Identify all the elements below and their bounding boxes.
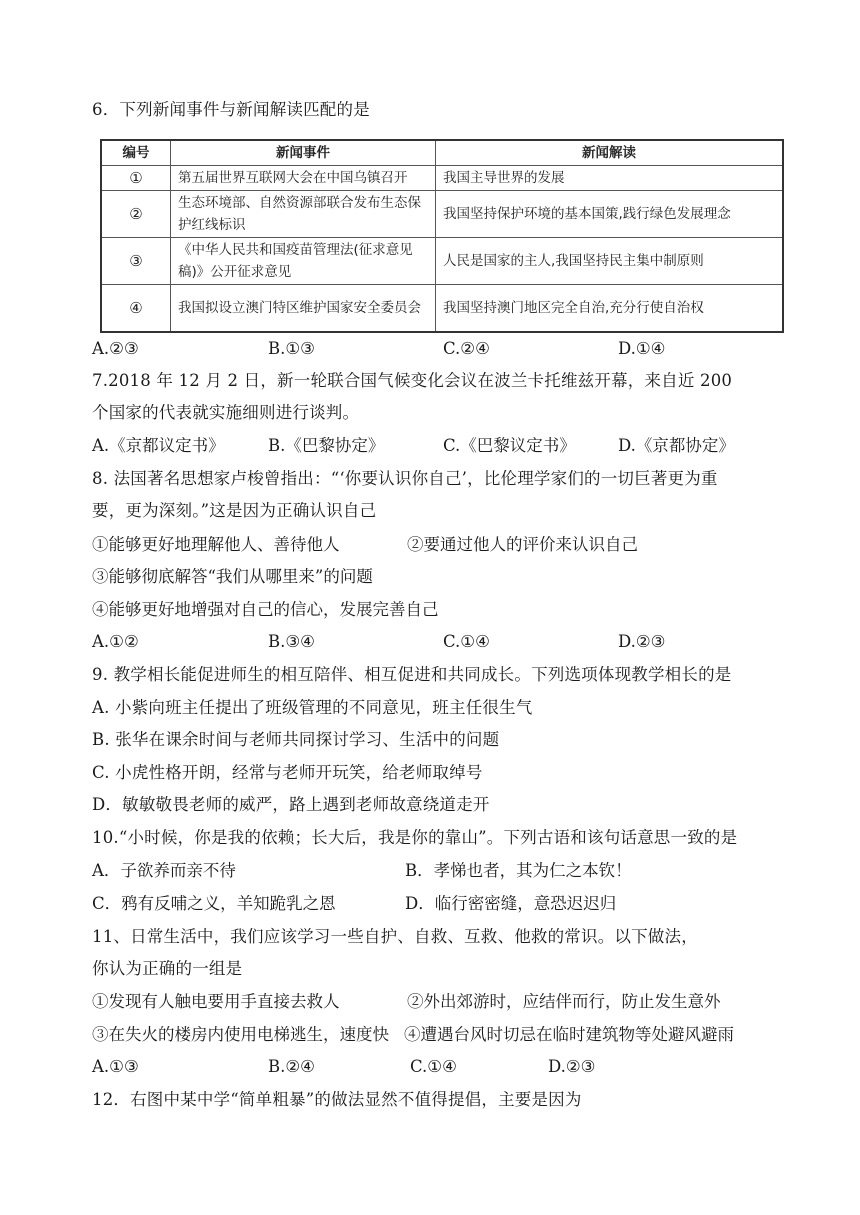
q8-option-a: A.①② <box>92 631 139 653</box>
row-event: 《中华人民共和国疫苗管理法(征求意见稿)》公开征求意见 <box>171 238 436 285</box>
table-row: ① 第五届世界互联网大会在中国乌镇召开 我国主导世界的发展 <box>101 166 783 191</box>
news-table: 编号 新闻事件 新闻解读 ① 第五届世界互联网大会在中国乌镇召开 我国主导世界的… <box>100 139 784 333</box>
q11-statement-2: ②外出郊游时，应结伴而行，防止发生意外 <box>407 991 721 1013</box>
q8-option-b: B.③④ <box>268 631 315 653</box>
q6-option-a: A.②③ <box>92 338 139 360</box>
row-reading: 我国坚持澳门地区完全自治,充分行使自治权 <box>436 285 784 333</box>
q10-option-d: D．临行密密缝，意恐迟迟归 <box>405 893 616 915</box>
q11-option-c: C.①④ <box>410 1056 457 1078</box>
q8-stem-line2: 要，更为深刻。”这是因为正确认识自己 <box>92 500 376 522</box>
header-event: 新闻事件 <box>171 140 436 166</box>
q9-option-b: B. 张华在课余时间与老师共同探讨学习、生活中的问题 <box>92 729 499 751</box>
q6-option-d: D.①④ <box>618 338 665 360</box>
q9-option-c: C. 小虎性格开朗，经常与老师开玩笑，给老师取绰号 <box>92 762 483 784</box>
q7-stem-line2: 个国家的代表就实施细则进行谈判。 <box>92 402 359 424</box>
table-row: ③ 《中华人民共和国疫苗管理法(征求意见稿)》公开征求意见 人民是国家的主人,我… <box>101 238 783 285</box>
q6-stem: 6．下列新闻事件与新闻解读匹配的是 <box>92 99 370 121</box>
q8-statement-1: ①能够更好地理解他人、善待他人 <box>92 534 340 556</box>
q7-option-a: A.《京都议定书》 <box>92 435 225 457</box>
row-number: ② <box>101 191 171 238</box>
q7-option-c: C.《巴黎议定书》 <box>443 435 576 457</box>
row-event: 我国拟设立澳门特区维护国家安全委员会 <box>171 285 436 333</box>
q10-option-c: C．鸦有反哺之义，羊知跪乳之恩 <box>92 893 336 915</box>
q8-statement-2: ②要通过他人的评价来认识自己 <box>407 534 638 556</box>
q11-stem-line2: 你认为正确的一组是 <box>92 958 242 980</box>
q11-option-d: D.②③ <box>548 1056 595 1078</box>
q7-option-d: D.《京都协定》 <box>618 435 735 457</box>
table-row: ④ 我国拟设立澳门特区维护国家安全委员会 我国坚持澳门地区完全自治,充分行使自治… <box>101 285 783 333</box>
q6-option-c: C.②④ <box>443 338 490 360</box>
q7-stem-line1: 7.2018 年 12 月 2 日，新一轮联合国气候变化会议在波兰卡托维兹开幕，… <box>92 370 732 392</box>
q8-statement-3: ③能够彻底解答“我们从哪里来”的问题 <box>92 566 373 588</box>
q10-option-a: A．子欲养而亲不待 <box>92 860 236 882</box>
q9-option-d: D．敏敏敬畏老师的威严，路上遇到老师故意绕道走开 <box>92 794 490 816</box>
table-header-row: 编号 新闻事件 新闻解读 <box>101 140 783 166</box>
row-number: ① <box>101 166 171 191</box>
header-number: 编号 <box>101 140 171 166</box>
q8-statement-4: ④能够更好地增强对自己的信心，发展完善自己 <box>92 599 439 621</box>
row-event: 第五届世界互联网大会在中国乌镇召开 <box>171 166 436 191</box>
header-reading: 新闻解读 <box>436 140 784 166</box>
q6-option-b: B.①③ <box>268 338 315 360</box>
q12-stem: 12．右图中某中学“简单粗暴”的做法显然不值得提倡，主要是因为 <box>92 1089 582 1111</box>
row-number: ④ <box>101 285 171 333</box>
q8-stem-line1: 8. 法国著名思想家卢梭曾指出：“‘你要认识你自己’，比伦理学家们的一切巨著更为… <box>92 468 718 490</box>
table-row: ② 生态环境部、自然资源部联合发布生态保护红线标识 我国坚持保护环境的基本国策,… <box>101 191 783 238</box>
q8-option-c: C.①④ <box>443 631 490 653</box>
q11-statement-4: ④遭遇台风时切忌在临时建筑物等处避风避雨 <box>404 1024 734 1046</box>
q11-statement-3: ③在失火的楼房内使用电梯逃生，速度快 <box>92 1024 389 1046</box>
row-number: ③ <box>101 238 171 285</box>
row-reading: 我国坚持保护环境的基本国策,践行绿色发展理念 <box>436 191 784 238</box>
q8-option-d: D.②③ <box>618 631 665 653</box>
q7-option-b: B.《巴黎协定》 <box>268 435 384 457</box>
q9-option-a: A. 小紫向班主任提出了班级管理的不同意见，班主任很生气 <box>92 697 533 719</box>
q9-stem: 9. 教学相长能促进师生的相互陪伴、相互促进和共同成长。下列选项体现教学相长的是 <box>92 664 732 686</box>
row-reading: 我国主导世界的发展 <box>436 166 784 191</box>
q10-option-b: B．孝悌也者，其为仁之本钦！ <box>405 860 632 882</box>
q11-statement-1: ①发现有人触电要用手直接去救人 <box>92 991 340 1013</box>
q11-option-b: B.②④ <box>268 1056 315 1078</box>
q11-option-a: A.①③ <box>92 1056 139 1078</box>
row-event: 生态环境部、自然资源部联合发布生态保护红线标识 <box>171 191 436 238</box>
q10-stem: 10.“小时候，你是我的依赖；长大后，我是你的靠山”。下列古语和该句话意思一致的… <box>92 827 737 849</box>
q11-stem-line1: 11、日常生活中，我们应该学习一些自护、自救、互救、他救的常识。以下做法， <box>92 926 698 948</box>
row-reading: 人民是国家的主人,我国坚持民主集中制原则 <box>436 238 784 285</box>
